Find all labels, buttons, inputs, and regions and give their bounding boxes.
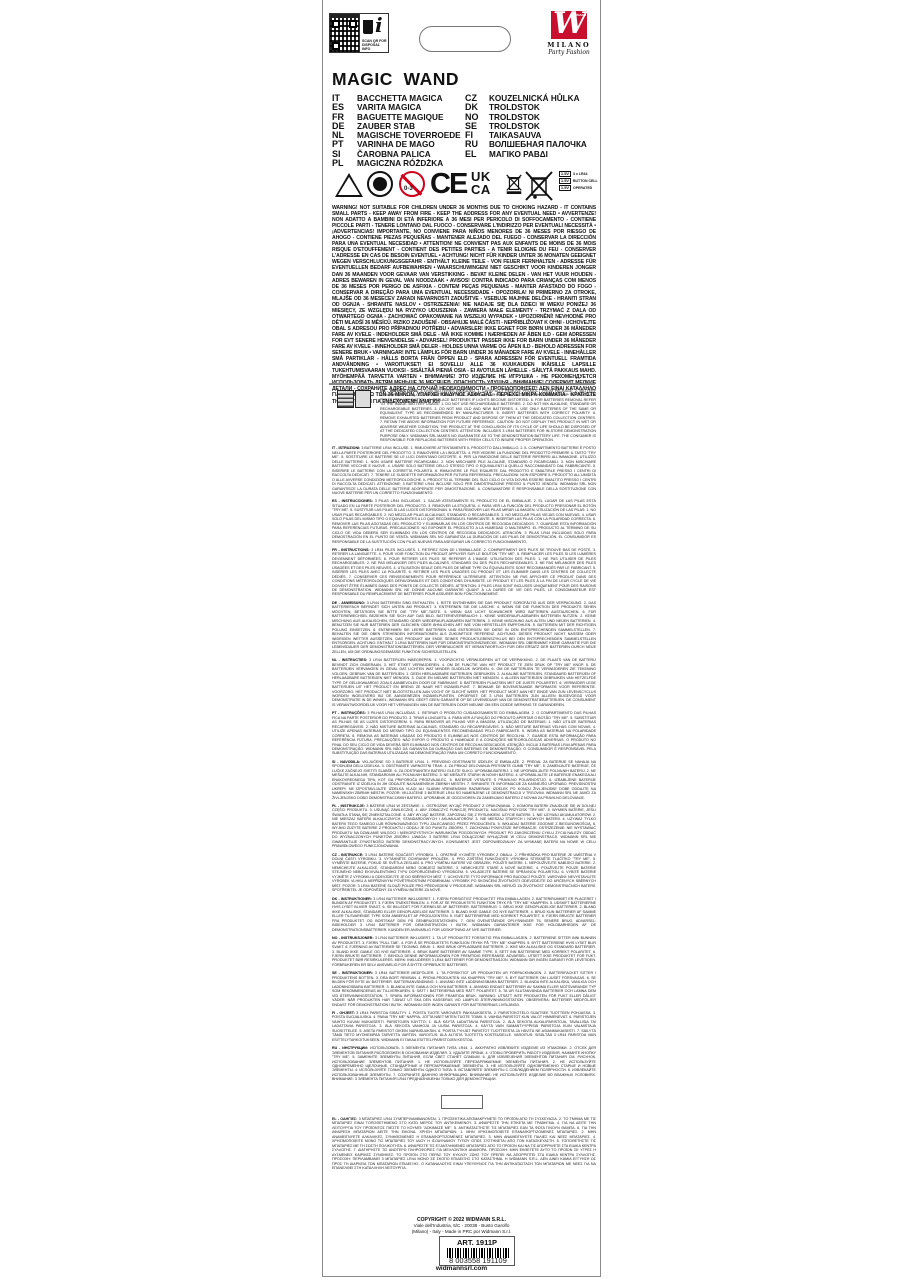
instruction-paragraph: FR - INSTRUCTIONS: 3 LR44 PILES INCLUSES… — [332, 548, 596, 597]
name-row: SIČAROBNA PALICA — [332, 150, 461, 159]
ean-number: 8 003558 191109 — [442, 1257, 514, 1265]
name-row: ELΜΑΓΙΚΟ ΡΑΒΔΙ — [465, 150, 594, 159]
barcode-box: ART. 1911P 8 003558 191109 — [439, 1236, 515, 1266]
name-row: FITAIKASAUVA — [465, 131, 594, 140]
brand-tagline: Party Fashion — [545, 49, 593, 56]
instruction-paragraph: FI - OHJEET: 3 LR44 PARISTOA SISÄLTYY. 1… — [332, 1011, 596, 1042]
weee-bin-small-icon — [505, 174, 523, 194]
info-icon: i — [375, 14, 383, 36]
product-title: MAGIC WAND — [332, 69, 459, 90]
ce-mark-icon: CE — [430, 169, 466, 199]
name-row: CZKOUZELNICKÁ HŮLKA — [465, 94, 594, 103]
section-divider — [329, 383, 595, 385]
instruction-paragraph: DE - ANWEISUNG: 3 LR44 BATTERIEN SIND EN… — [332, 601, 596, 654]
widmann-logo-icon: W WIDMANN — [551, 11, 587, 39]
name-row: PTVARINHA DE MAGO — [332, 140, 461, 149]
name-row: DKTROLDSTOK — [465, 103, 594, 112]
battery-instructions: GB - INSTRUCTIONS: 3 LR44 BATTERIES INCL… — [332, 389, 596, 1086]
hang-hole — [419, 26, 511, 52]
instruction-paragraph: ES - INSTRUCCIONES: 3 PILAS LR44 INCLUID… — [332, 499, 596, 544]
qr-code-icon — [330, 14, 360, 52]
name-row: FRBAGUETTE MAGIQUE — [332, 113, 461, 122]
names-column-left: ITBACCHETTA MAGICA ESVARITA MAGICA FRBAG… — [332, 94, 461, 168]
qr-disposal-block: i SCAN QR FOR DISPOSAL INFO — [329, 13, 389, 53]
instruction-paragraph: GB - INSTRUCTIONS: 3 LR44 BATTERIES INCL… — [332, 389, 596, 442]
instruction-paragraph: SE - INSTRUKTIONER: 3 LR44 BATTERIER MED… — [332, 971, 596, 1007]
disposal-info-icon: i SCAN QR FOR DISPOSAL INFO — [360, 14, 388, 52]
not-for-0-3-icon: 0-3 — [399, 171, 425, 197]
safety-warnings: WARNING! NOT SUITABLE FOR CHILDREN UNDER… — [332, 205, 596, 405]
address-line: (Milano) - Italy - Made in PRC por Widma… — [323, 1229, 600, 1235]
qr-caption: SCAN QR FOR DISPOSAL INFO — [362, 39, 388, 51]
instruction-paragraph: PT - INSTRUÇÕES: 3 PILHAS LR44 INCLUÍDAS… — [332, 711, 596, 756]
website-link: widmannsrl.com — [323, 1265, 600, 1272]
product-label-panel: i SCAN QR FOR DISPOSAL INFO W WIDMANN MI… — [322, 0, 601, 1277]
instruction-paragraph: SI - NAVODILA: VKLJUČENE SO 3 BATERIJE L… — [332, 760, 596, 800]
instruction-paragraph: RU - ИНСТРУКЦИИ: ИСПОЛЬЗОВАТЬ 3 ЭЛЕМЕНТА… — [332, 1046, 596, 1082]
blank-lot-box — [441, 1095, 483, 1109]
copyright-block: COPYRIGHT © 2022 WIDMANN S.R.L. Viale de… — [323, 1217, 600, 1235]
warning-triangle-icon — [335, 173, 363, 197]
instruction-paragraph: NL - INSTRUCTIES: 3 LR44 BATTERIJEN INBE… — [332, 658, 596, 707]
brand-city: MILANO — [545, 41, 593, 49]
name-row: SETROLDSTOK — [465, 122, 594, 131]
instruction-paragraph: PL - INSTRUKCJE: 3 BATERIE LR44 W ZESTAW… — [332, 804, 596, 849]
name-row: DEZAUBER STAB — [332, 122, 461, 131]
name-row: ESVARITA MAGICA — [332, 103, 461, 112]
greek-instructions: EL - ΟΔΗΓΙΕΣ: 3 ΜΠΑΤΑΡΙΕΣ LR44 ΣΥΜΠΕΡΙΛΑ… — [332, 1117, 596, 1170]
battery-cells-icon: 1.5V3 x LR44 1.5VBUTTON CELL 1.5VOPERATE… — [559, 171, 599, 192]
translated-names: ITBACCHETTA MAGICA ESVARITA MAGICA FRBAG… — [332, 94, 594, 168]
instruction-paragraph: IT - ISTRUZIONI: 3 BATTERIE LR44 INCLUSE… — [332, 446, 596, 495]
instruction-paragraph: NO - INSTRUKSJONER: 3 LR44 BATTERIER INK… — [332, 936, 596, 967]
bin-icon — [363, 20, 373, 34]
green-dot-recycle-icon — [367, 171, 393, 197]
name-row: PLMAGICZNA RÓŻDŻKA — [332, 159, 461, 168]
names-column-right: CZKOUZELNICKÁ HŮLKA DKTROLDSTOK NOTROLDS… — [461, 94, 594, 168]
compliance-symbols: 0-3 CE UK CA 1.5V3 x LR44 1.5VBUTTON CEL… — [335, 171, 595, 203]
ukca-mark-icon: UK CA — [471, 170, 491, 196]
article-number: ART. 1911P — [440, 1238, 514, 1247]
instruction-paragraph: DK - INSTRUKTIONER: 3 LR44 BATTERIER INK… — [332, 897, 596, 933]
name-row: RUВОЛШЕБНАЯ ПАЛОЧКА — [465, 140, 594, 149]
name-row: ITBACCHETTA MAGICA — [332, 94, 461, 103]
brand-logo: W WIDMANN MILANO Party Fashion — [545, 11, 593, 57]
instruction-paragraph: CZ - INSTRUKCE: 3 LR44 BATERIE SOUČÁSTÍ … — [332, 853, 596, 893]
name-row: NOTROLDSTOK — [465, 113, 594, 122]
weee-bin-crossed-icon — [525, 171, 553, 201]
name-row: NLMAGISCHE TOVERROEDE — [332, 131, 461, 140]
